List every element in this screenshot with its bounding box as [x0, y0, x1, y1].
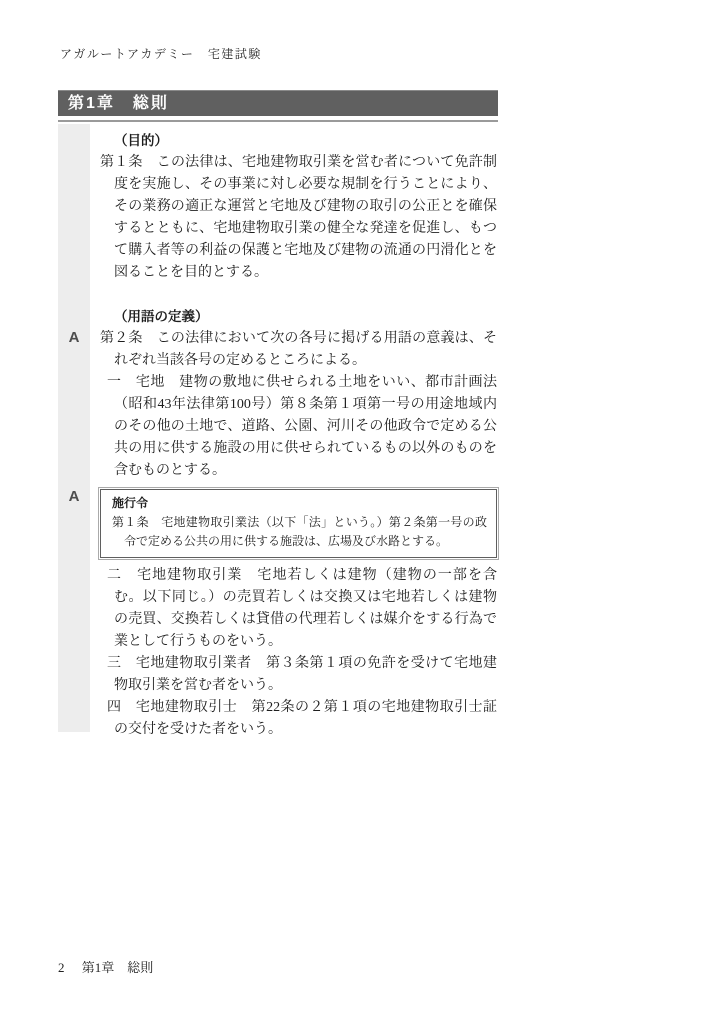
- article-2-definitions: 第２条 この法律において次の各号に掲げる用語の意義は、それぞれ当該各号の定めると…: [100, 328, 497, 372]
- definitions-item-4: 四 宅地建物取引士 第22条の２第１項の宅地建物取引士証の交付を受けた者をいう。: [100, 697, 497, 741]
- enforcement-order-box: 施行令 第１条 宅地建物取引業法（以下「法」という。）第２条第一号の政令で定める…: [100, 489, 497, 558]
- margin-marker-a-1: A: [58, 327, 90, 349]
- margin-strip: [58, 124, 90, 732]
- doc-title: アガルートアカデミー 宅建試験: [60, 45, 262, 62]
- chapter-title-bar: 第1章 総則: [58, 90, 498, 116]
- enforcement-order-article-1: 第１条 宅地建物取引業法（以下「法」という。）第２条第一号の政令で定める公共の用…: [112, 513, 487, 551]
- purpose-heading: （目的）: [100, 130, 497, 152]
- document-page: アガルートアカデミー 宅建試験 第1章 総則 A A （目的） 第１条 この法律…: [0, 0, 720, 1024]
- main-content: （目的） 第１条 この法律は、宅地建物取引業を営む者について免許制度を実施し、そ…: [100, 130, 497, 741]
- article-1-purpose: 第１条 この法律は、宅地建物取引業を営む者について免許制度を実施し、その事業に対…: [100, 152, 497, 284]
- definitions-item-1: 一 宅地 建物の敷地に供せられる土地をいい、都市計画法（昭和43年法律第100号…: [100, 372, 497, 482]
- chapter-rule: [58, 120, 498, 122]
- chapter-title: 第1章 総則: [68, 95, 169, 112]
- page-footer: 2 第1章 総則: [58, 957, 153, 976]
- definitions-item-2: 二 宅地建物取引業 宅地若しくは建物（建物の一部を含む。以下同じ。）の売買若しく…: [100, 565, 497, 653]
- definitions-heading: （用語の定義）: [100, 306, 497, 328]
- footer-chapter-label: 第1章 総則: [82, 960, 154, 975]
- page-number: 2: [58, 960, 65, 975]
- margin-marker-a-2: A: [58, 486, 90, 508]
- section-spacer: [100, 284, 497, 306]
- definitions-item-3: 三 宅地建物取引業者 第３条第１項の免許を受けて宅地建物取引業を営む者をいう。: [100, 653, 497, 697]
- enforcement-order-title: 施行令: [112, 494, 487, 513]
